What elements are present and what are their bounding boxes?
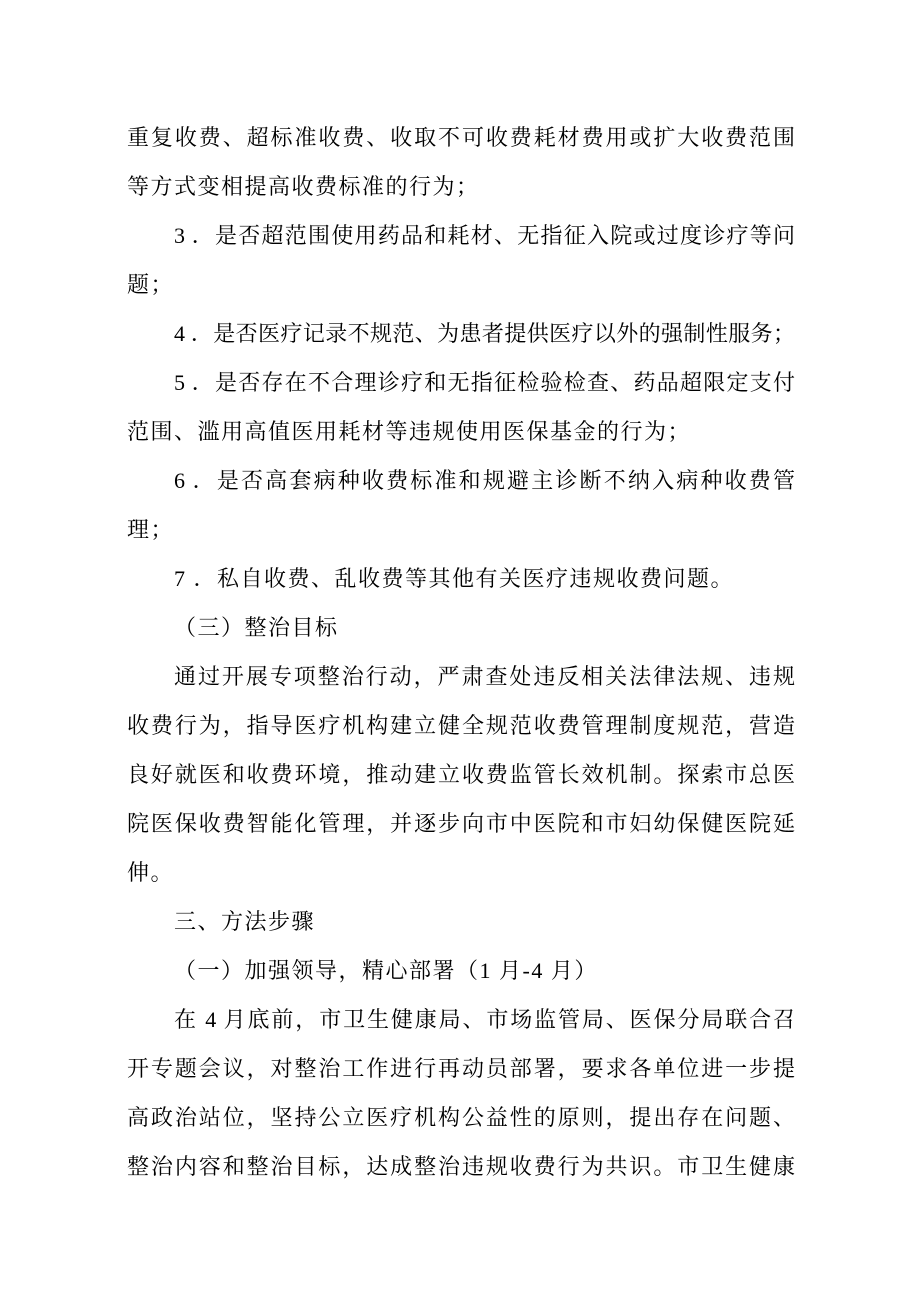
text-line: 整治内容和整治目标，达成整治违规收费行为共识。市卫生健康 <box>127 1142 795 1191</box>
document-page: 重复收费、超标准收费、收取不可收费耗材费用或扩大收费范围等方式变相提高收费标准的… <box>0 0 920 1301</box>
text-line: 5 ．是否存在不合理诊疗和无指征检验检查、药品超限定支付 <box>127 358 795 407</box>
text-line: 题； <box>127 260 795 309</box>
text-line: 高政治站位，坚持公立医疗机构公益性的原则，提出存在问题、 <box>127 1093 795 1142</box>
text-line: 7 ．私自收费、乱收费等其他有关医疗违规收费问题。 <box>127 554 795 603</box>
text-line: 等方式变相提高收费标准的行为； <box>127 162 795 211</box>
text-line: 理； <box>127 505 795 554</box>
text-line: 4 ．是否医疗记录不规范、为患者提供医疗以外的强制性服务； <box>127 309 795 358</box>
text-line: 通过开展专项整治行动，严肃查处违反相关法律法规、违规 <box>127 652 795 701</box>
document-body: 重复收费、超标准收费、收取不可收费耗材费用或扩大收费范围等方式变相提高收费标准的… <box>127 113 795 1191</box>
text-line: 6 ．是否高套病种收费标准和规避主诊断不纳入病种收费管 <box>127 456 795 505</box>
text-line: （一）加强领导，精心部署（1 月-4 月） <box>127 946 795 995</box>
text-line: 在 4 月底前，市卫生健康局、市场监管局、医保分局联合召 <box>127 995 795 1044</box>
text-line: 3 ．是否超范围使用药品和耗材、无指征入院或过度诊疗等问 <box>127 211 795 260</box>
text-line: 伸。 <box>127 848 795 897</box>
text-line: 院医保收费智能化管理，并逐步向市中医院和市妇幼保健医院延 <box>127 799 795 848</box>
text-line: 三、方法步骤 <box>127 897 795 946</box>
text-line: 开专题会议，对整治工作进行再动员部署，要求各单位进一步提 <box>127 1044 795 1093</box>
text-line: 重复收费、超标准收费、收取不可收费耗材费用或扩大收费范围 <box>127 113 795 162</box>
text-line: 收费行为，指导医疗机构建立健全规范收费管理制度规范，营造 <box>127 701 795 750</box>
text-line: 良好就医和收费环境，推动建立收费监管长效机制。探索市总医 <box>127 750 795 799</box>
text-line: （三）整治目标 <box>127 603 795 652</box>
text-line: 范围、滥用高值医用耗材等违规使用医保基金的行为； <box>127 407 795 456</box>
